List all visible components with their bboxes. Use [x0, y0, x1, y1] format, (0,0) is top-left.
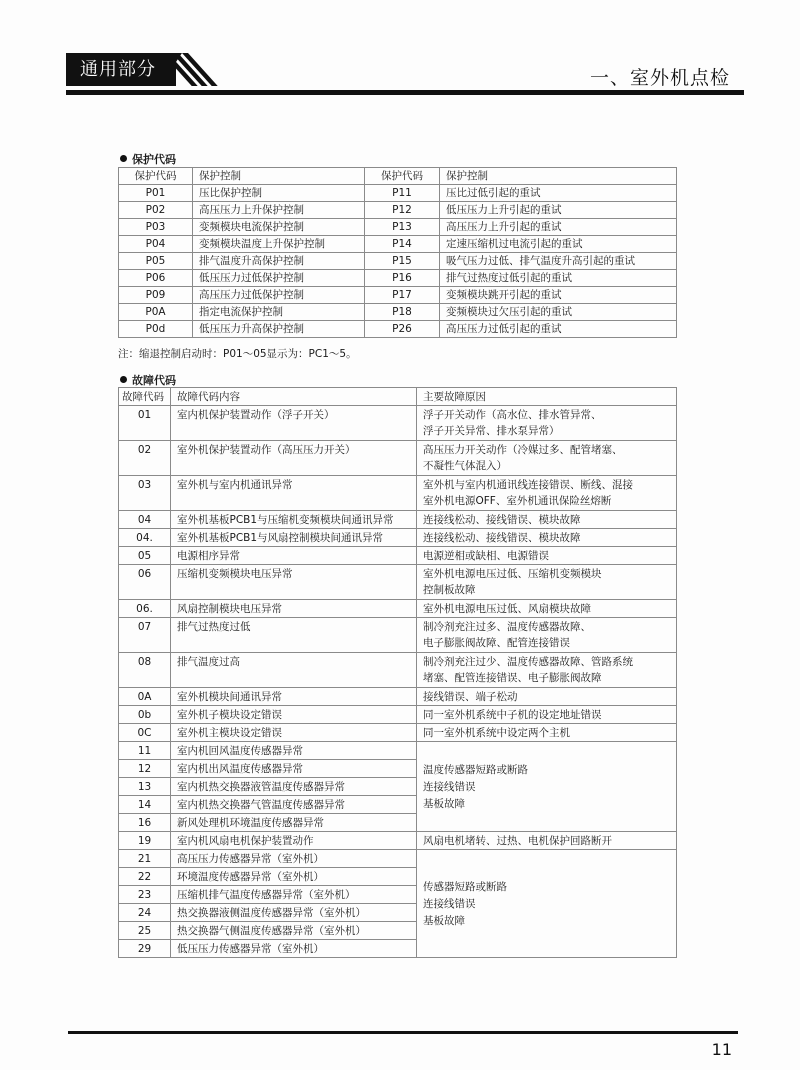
fault-content-cell: 低压压力传感器异常（室外机） [171, 940, 417, 958]
fault-content-cell: 室外机基板PCB1与风扇控制模块间通讯异常 [171, 529, 417, 547]
protection-control-cell: 高压压力上升引起的重试 [440, 219, 677, 236]
fault-content-cell: 排气过热度过低 [171, 618, 417, 653]
table-row: 06.风扇控制模块电压异常室外机电源电压过低、风扇模块故障 [119, 600, 677, 618]
table-row: 21高压压力传感器异常（室外机）传感器短路或断路连接线错误基板故障 [119, 850, 677, 868]
table-row: 0C室外机主模块设定错误同一室外机系统中设定两个主机 [119, 724, 677, 742]
section-title: 一、室外机点检 [590, 63, 730, 90]
protection-code-cell: P09 [119, 287, 193, 304]
column-header: 故障代码内容 [171, 388, 417, 406]
fault-content-cell: 环境温度传感器异常（室外机） [171, 868, 417, 886]
fault-content-cell: 室外机子模块设定错误 [171, 706, 417, 724]
table-row: 04.室外机基板PCB1与风扇控制模块间通讯异常连接线松动、接线错误、模块故障 [119, 529, 677, 547]
fault-cause-cell: 同一室外机系统中子机的设定地址错误 [417, 706, 677, 724]
page-number: 11 [712, 1040, 732, 1059]
table-row: 02室外机保护装置动作（高压压力开关）高压压力开关动作（冷媒过多、配管堵塞、不凝… [119, 441, 677, 476]
fault-cause-cell: 高压压力开关动作（冷媒过多、配管堵塞、不凝性气体混入） [417, 441, 677, 476]
protection-control-cell: 排气温度升高保护控制 [193, 253, 365, 270]
cause-line: 电子膨胀阀故障、配管连接错误 [423, 635, 676, 651]
merged-fault-cause-cell: 温度传感器短路或断路连接线错误基板故障 [417, 742, 677, 832]
fault-content-cell: 压缩机排气温度传感器异常（室外机） [171, 886, 417, 904]
fault-cause-cell: 室外机与室内机通讯线连接错误、断线、混接室外机电源OFF、室外机通讯保险丝熔断 [417, 476, 677, 511]
fault-code-cell: 0A [119, 688, 171, 706]
cause-line: 同一室外机系统中子机的设定地址错误 [423, 707, 676, 723]
table-row: 08排气温度过高制冷剂充注过少、温度传感器故障、管路系统堵塞、配管连接错误、电子… [119, 653, 677, 688]
fault-code-cell: 29 [119, 940, 171, 958]
fault-code-cell: 21 [119, 850, 171, 868]
fault-code-cell: 06 [119, 565, 171, 600]
fault-code-cell: 0C [119, 724, 171, 742]
column-header: 主要故障原因 [417, 388, 677, 406]
fault-content-cell: 室外机与室内机通讯异常 [171, 476, 417, 511]
fault-cause-cell: 同一室外机系统中设定两个主机 [417, 724, 677, 742]
fault-code-cell: 13 [119, 778, 171, 796]
fault-content-cell: 风扇控制模块电压异常 [171, 600, 417, 618]
fault-content-cell: 新风处理机环境温度传感器异常 [171, 814, 417, 832]
column-header: 保护代码 [119, 168, 193, 185]
table-row: 0b室外机子模块设定错误同一室外机系统中子机的设定地址错误 [119, 706, 677, 724]
table-row: P01压比保护控制P11压比过低引起的重试 [119, 185, 677, 202]
cause-line: 接线错误、端子松动 [423, 689, 676, 705]
fault-content-cell: 室外机模块间通讯异常 [171, 688, 417, 706]
fault-code-cell: 08 [119, 653, 171, 688]
cause-line: 连接线错误 [423, 779, 676, 796]
protection-code-cell: P17 [365, 287, 440, 304]
cause-line: 不凝性气体混入） [423, 458, 676, 474]
cause-line: 浮子开关动作（高水位、排水管异常、 [423, 407, 676, 423]
table-row: 05电源相序异常电源逆相或缺相、电源错误 [119, 547, 677, 565]
cause-line: 制冷剂充注过多、温度传感器故障、 [423, 619, 676, 635]
protection-code-cell: P15 [365, 253, 440, 270]
cause-line: 连接线松动、接线错误、模块故障 [423, 512, 676, 528]
cause-line: 同一室外机系统中设定两个主机 [423, 725, 676, 741]
cause-line: 控制板故障 [423, 582, 676, 598]
table-row: 0A室外机模块间通讯异常接线错误、端子松动 [119, 688, 677, 706]
protection-code-cell: P05 [119, 253, 193, 270]
merged-fault-cause-cell: 传感器短路或断路连接线错误基板故障 [417, 850, 677, 958]
protection-code-cell: P26 [365, 321, 440, 338]
protection-section-heading: 保护代码 [120, 151, 176, 167]
table-row: 04室外机基板PCB1与压缩机变频模块间通讯异常连接线松动、接线错误、模块故障 [119, 511, 677, 529]
fault-code-cell: 23 [119, 886, 171, 904]
bullet-icon [120, 376, 127, 383]
fault-content-cell: 室内机回风温度传感器异常 [171, 742, 417, 760]
fault-cause-cell: 接线错误、端子松动 [417, 688, 677, 706]
protection-code-cell: P0A [119, 304, 193, 321]
column-header: 保护控制 [440, 168, 677, 185]
fault-code-cell: 24 [119, 904, 171, 922]
cause-line: 室外机电源电压过低、风扇模块故障 [423, 601, 676, 617]
protection-code-cell: P16 [365, 270, 440, 287]
fault-content-cell: 室内机风扇电机保护装置动作 [171, 832, 417, 850]
fault-code-cell: 12 [119, 760, 171, 778]
table-row: P05排气温度升高保护控制P15吸气压力过低、排气温度升高引起的重试 [119, 253, 677, 270]
fault-content-cell: 排气温度过高 [171, 653, 417, 688]
cause-line: 基板故障 [423, 796, 676, 813]
column-header: 故障代码 [119, 388, 171, 406]
protection-code-cell: P14 [365, 236, 440, 253]
cause-line: 浮子开关异常、排水泵异常） [423, 423, 676, 439]
table-row: 07排气过热度过低制冷剂充注过多、温度传感器故障、电子膨胀阀故障、配管连接错误 [119, 618, 677, 653]
header-rule [66, 90, 744, 95]
protection-control-cell: 变频模块过欠压引起的重试 [440, 304, 677, 321]
protection-code-cell: P01 [119, 185, 193, 202]
table-row: P02高压压力上升保护控制P12低压压力上升引起的重试 [119, 202, 677, 219]
fault-code-table: 故障代码 故障代码内容 主要故障原因 01室内机保护装置动作（浮子开关）浮子开关… [118, 387, 677, 958]
cause-line: 室外机电源OFF、室外机通讯保险丝熔断 [423, 493, 676, 509]
fault-content-cell: 室内机热交换器气管温度传感器异常 [171, 796, 417, 814]
protection-code-cell: P0d [119, 321, 193, 338]
protection-control-cell: 变频模块跳开引起的重试 [440, 287, 677, 304]
cause-line: 基板故障 [423, 913, 676, 930]
fault-code-cell: 02 [119, 441, 171, 476]
table-row: P0d低压压力升高保护控制P26高压压力过低引起的重试 [119, 321, 677, 338]
cause-line: 温度传感器短路或断路 [423, 762, 676, 779]
table-row: 11室内机回风温度传感器异常温度传感器短路或断路连接线错误基板故障 [119, 742, 677, 760]
fault-code-cell: 04 [119, 511, 171, 529]
protection-control-cell: 变频模块电流保护控制 [193, 219, 365, 236]
protection-control-cell: 高压压力过低保护控制 [193, 287, 365, 304]
fault-content-cell: 室内机热交换器液管温度传感器异常 [171, 778, 417, 796]
protection-control-cell: 变频模块温度上升保护控制 [193, 236, 365, 253]
cause-line: 风扇电机堵转、过热、电机保护回路断开 [423, 833, 676, 849]
protection-control-cell: 定速压缩机过电流引起的重试 [440, 236, 677, 253]
fault-content-cell: 室内机出风温度传感器异常 [171, 760, 417, 778]
fault-code-cell: 22 [119, 868, 171, 886]
table-row: 03室外机与室内机通讯异常室外机与室内机通讯线连接错误、断线、混接室外机电源OF… [119, 476, 677, 511]
table-row: P04变频模块温度上升保护控制P14定速压缩机过电流引起的重试 [119, 236, 677, 253]
fault-cause-cell: 电源逆相或缺相、电源错误 [417, 547, 677, 565]
table-row: P03变频模块电流保护控制P13高压压力上升引起的重试 [119, 219, 677, 236]
table-row: 01室内机保护装置动作（浮子开关）浮子开关动作（高水位、排水管异常、浮子开关异常… [119, 406, 677, 441]
fault-code-cell: 01 [119, 406, 171, 441]
cause-line: 室外机与室内机通讯线连接错误、断线、混接 [423, 477, 676, 493]
fault-code-cell: 04. [119, 529, 171, 547]
fault-code-cell: 25 [119, 922, 171, 940]
fault-content-cell: 高压压力传感器异常（室外机） [171, 850, 417, 868]
table-row: 19室内机风扇电机保护装置动作风扇电机堵转、过热、电机保护回路断开 [119, 832, 677, 850]
column-header: 保护代码 [365, 168, 440, 185]
protection-control-cell: 压比保护控制 [193, 185, 365, 202]
protection-code-cell: P02 [119, 202, 193, 219]
fault-cause-cell: 制冷剂充注过多、温度传感器故障、电子膨胀阀故障、配管连接错误 [417, 618, 677, 653]
fault-cause-cell: 浮子开关动作（高水位、排水管异常、浮子开关异常、排水泵异常） [417, 406, 677, 441]
fault-code-cell: 11 [119, 742, 171, 760]
cause-line: 传感器短路或断路 [423, 879, 676, 896]
protection-code-cell: P13 [365, 219, 440, 236]
protection-code-cell: P06 [119, 270, 193, 287]
fault-cause-cell: 连接线松动、接线错误、模块故障 [417, 529, 677, 547]
protection-control-cell: 低压压力升高保护控制 [193, 321, 365, 338]
protection-note: 注：缩退控制启动时：P01～05显示为：PC1～5。 [118, 346, 357, 361]
protection-code-cell: P12 [365, 202, 440, 219]
fault-content-cell: 室外机主模块设定错误 [171, 724, 417, 742]
fault-cause-cell: 室外机电源电压过低、压缩机变频模块控制板故障 [417, 565, 677, 600]
protection-code-cell: P03 [119, 219, 193, 236]
fault-cause-cell: 风扇电机堵转、过热、电机保护回路断开 [417, 832, 677, 850]
protection-control-cell: 低压压力过低保护控制 [193, 270, 365, 287]
protection-code-cell: P11 [365, 185, 440, 202]
table-row: P09高压压力过低保护控制P17变频模块跳开引起的重试 [119, 287, 677, 304]
fault-content-cell: 热交换器液侧温度传感器异常（室外机） [171, 904, 417, 922]
table-row: 06压缩机变频模块电压异常室外机电源电压过低、压缩机变频模块控制板故障 [119, 565, 677, 600]
protection-control-cell: 高压压力过低引起的重试 [440, 321, 677, 338]
cause-line: 堵塞、配管连接错误、电子膨胀阀故障 [423, 670, 676, 686]
footer-rule [68, 1031, 738, 1034]
bullet-icon [120, 155, 127, 162]
protection-control-cell: 低压压力上升引起的重试 [440, 202, 677, 219]
cause-line: 室外机电源电压过低、压缩机变频模块 [423, 566, 676, 582]
protection-code-cell: P04 [119, 236, 193, 253]
fault-content-cell: 室内机保护装置动作（浮子开关） [171, 406, 417, 441]
fault-code-cell: 16 [119, 814, 171, 832]
protection-control-cell: 排气过热度过低引起的重试 [440, 270, 677, 287]
cause-line: 电源逆相或缺相、电源错误 [423, 548, 676, 564]
fault-content-cell: 室外机保护装置动作（高压压力开关） [171, 441, 417, 476]
cause-line: 连接线松动、接线错误、模块故障 [423, 530, 676, 546]
protection-control-cell: 压比过低引起的重试 [440, 185, 677, 202]
fault-code-cell: 0b [119, 706, 171, 724]
fault-code-cell: 19 [119, 832, 171, 850]
protection-control-cell: 高压压力上升保护控制 [193, 202, 365, 219]
fault-cause-cell: 连接线松动、接线错误、模块故障 [417, 511, 677, 529]
table-header-row: 保护代码 保护控制 保护代码 保护控制 [119, 168, 677, 185]
cause-line: 制冷剂充注过少、温度传感器故障、管路系统 [423, 654, 676, 670]
fault-cause-cell: 制冷剂充注过少、温度传感器故障、管路系统堵塞、配管连接错误、电子膨胀阀故障 [417, 653, 677, 688]
fault-code-cell: 05 [119, 547, 171, 565]
fault-content-cell: 压缩机变频模块电压异常 [171, 565, 417, 600]
protection-code-cell: P18 [365, 304, 440, 321]
fault-content-cell: 室外机基板PCB1与压缩机变频模块间通讯异常 [171, 511, 417, 529]
cause-line: 连接线错误 [423, 896, 676, 913]
protection-control-cell: 吸气压力过低、排气温度升高引起的重试 [440, 253, 677, 270]
table-row: P0A指定电流保护控制P18变频模块过欠压引起的重试 [119, 304, 677, 321]
fault-code-cell: 03 [119, 476, 171, 511]
table-header-row: 故障代码 故障代码内容 主要故障原因 [119, 388, 677, 406]
fault-code-cell: 07 [119, 618, 171, 653]
fault-cause-cell: 室外机电源电压过低、风扇模块故障 [417, 600, 677, 618]
fault-section-heading: 故障代码 [120, 372, 176, 388]
fault-content-cell: 热交换器气侧温度传感器异常（室外机） [171, 922, 417, 940]
fault-code-cell: 06. [119, 600, 171, 618]
fault-content-cell: 电源相序异常 [171, 547, 417, 565]
protection-code-table: 保护代码 保护控制 保护代码 保护控制 P01压比保护控制P11压比过低引起的重… [118, 167, 677, 338]
protection-control-cell: 指定电流保护控制 [193, 304, 365, 321]
column-header: 保护控制 [193, 168, 365, 185]
fault-code-cell: 14 [119, 796, 171, 814]
cause-line: 高压压力开关动作（冷媒过多、配管堵塞、 [423, 442, 676, 458]
table-row: P06低压压力过低保护控制P16排气过热度过低引起的重试 [119, 270, 677, 287]
